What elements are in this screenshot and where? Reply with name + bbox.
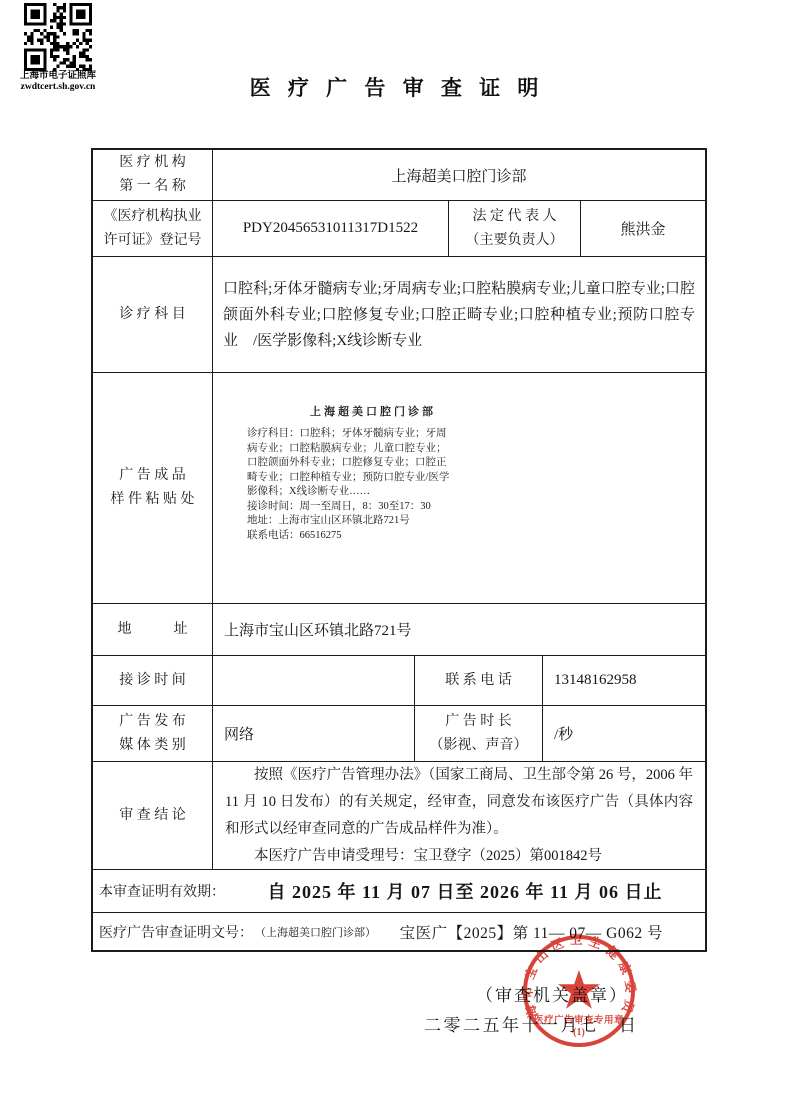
address-value: 上海市宝山区环镇北路721号 bbox=[212, 604, 705, 655]
seal-star-icon bbox=[558, 970, 600, 1009]
ad-sample-label: 广 告 成 品 样 件 粘 贴 处 bbox=[93, 464, 212, 512]
conclusion-paragraph-1: 按照《医疗广告管理办法》（国家工商局、卫生部令第 26 号，2006 年 11 … bbox=[225, 762, 693, 843]
conclusion-paragraph-2: 本医疗广告申请受理号：宝卫登字（2025）第001842号 bbox=[225, 843, 693, 870]
certificate-page: 上海市电子证照库 zwdtcert.sh.gov.cn 医 疗 广 告 审 查 … bbox=[0, 0, 794, 1093]
cert-number-label: 医疗广告审查证明文号： bbox=[93, 922, 253, 942]
seal-inner-text: 医疗广告审查专用章 bbox=[534, 1014, 624, 1026]
address-label: 地 址 bbox=[93, 618, 212, 642]
legal-rep-value: 熊洪金 bbox=[580, 201, 705, 256]
row-org-name: 医 疗 机 构 第 一 名 称 上海超美口腔门诊部 bbox=[93, 150, 705, 200]
ad-sample-body: 诊疗科目：口腔科；牙体牙髓病专业；牙周 病专业；口腔粘膜病专业；儿童口腔专业； … bbox=[247, 427, 499, 543]
page-title: 医 疗 广 告 审 查 证 明 bbox=[0, 72, 794, 102]
seal-sub-text: (1) bbox=[573, 1027, 585, 1038]
media-label: 广 告 发 布 媒 体 类 别 bbox=[93, 710, 212, 758]
duration-label: 广 告 时 长 （影视、声音） bbox=[415, 710, 542, 758]
validity-label: 本审查证明有效期： bbox=[93, 881, 225, 901]
hours-label: 接 诊 时 间 bbox=[93, 669, 212, 693]
license-value: PDY20456531011317D1522 bbox=[212, 201, 448, 256]
certificate-table: 医 疗 机 构 第 一 名 称 上海超美口腔门诊部 《医疗机构执业 许可证》登记… bbox=[91, 148, 707, 952]
phone-label: 联 系 电 话 bbox=[415, 669, 542, 693]
org-name-label: 医 疗 机 构 第 一 名 称 bbox=[93, 151, 212, 199]
qr-code-icon bbox=[24, 3, 92, 71]
row-validity: 本审查证明有效期： 自 2025 年 11 月 07 日至 2026 年 11 … bbox=[93, 869, 705, 912]
cert-number-org: （上海超美口腔门诊部） bbox=[255, 924, 376, 940]
validity-value: 自 2025 年 11 月 07 日至 2026 年 11 月 06 日止 bbox=[225, 878, 705, 904]
conclusion-label: 审 查 结 论 bbox=[93, 804, 212, 828]
org-name-value: 上海超美口腔门诊部 bbox=[212, 150, 705, 200]
row-hours-phone: 接 诊 时 间 联 系 电 话 13148162958 bbox=[93, 655, 705, 705]
row-conclusion: 审 查 结 论 按照《医疗广告管理办法》（国家工商局、卫生部令第 26 号，20… bbox=[93, 761, 705, 869]
row-departments: 诊 疗 科 目 口腔科;牙体牙髓病专业;牙周病专业;口腔粘膜病专业;儿童口腔专业… bbox=[93, 256, 705, 372]
hours-value bbox=[212, 656, 414, 705]
conclusion-text: 按照《医疗广告管理办法》（国家工商局、卫生部令第 26 号，2006 年 11 … bbox=[213, 754, 705, 878]
ad-sample-content: 上海超美口腔门诊部 诊疗科目：口腔科；牙体牙髓病专业；牙周 病专业；口腔粘膜病专… bbox=[247, 403, 499, 543]
license-label: 《医疗机构执业 许可证》登记号 bbox=[93, 205, 212, 253]
row-address: 地 址 上海市宝山区环镇北路721号 bbox=[93, 603, 705, 655]
official-seal: 上海市宝山区卫生健康委员会 医疗广告审查专用章 (1) bbox=[499, 911, 659, 1071]
row-license: 《医疗机构执业 许可证》登记号 PDY20456531011317D1522 法… bbox=[93, 200, 705, 256]
departments-value: 口腔科;牙体牙髓病专业;牙周病专业;口腔粘膜病专业;儿童口腔专业;口腔颌面外科专… bbox=[213, 270, 705, 360]
phone-value: 13148162958 bbox=[542, 656, 705, 705]
legal-rep-label: 法 定 代 表 人 （主要负责人） bbox=[449, 205, 580, 253]
row-ad-sample: 广 告 成 品 样 件 粘 贴 处 上海超美口腔门诊部 诊疗科目：口腔科；牙体牙… bbox=[93, 372, 705, 603]
departments-label: 诊 疗 科 目 bbox=[93, 303, 212, 327]
ad-sample-title: 上海超美口腔门诊部 bbox=[247, 403, 499, 419]
